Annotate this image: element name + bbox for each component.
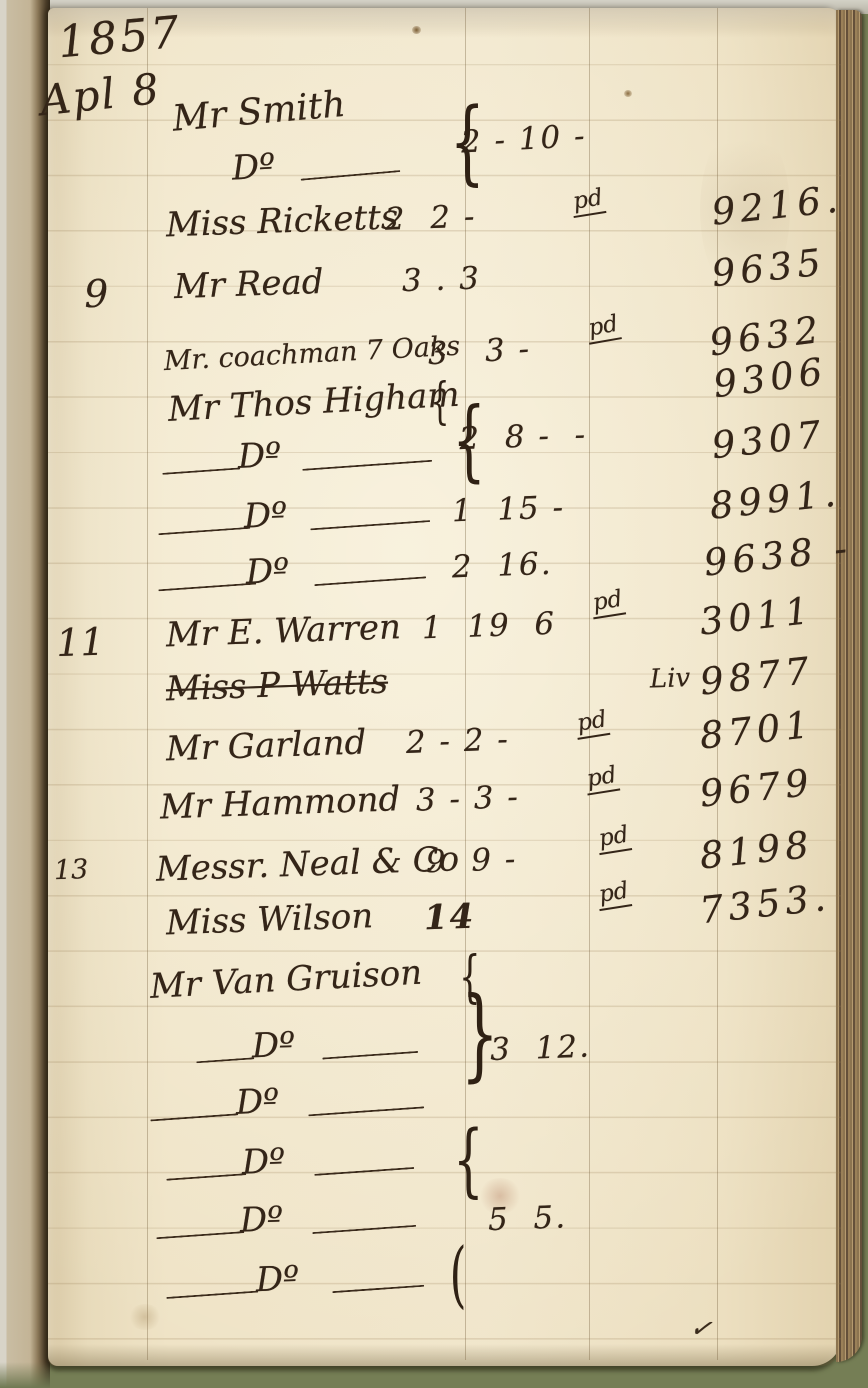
ditto-dash bbox=[302, 460, 432, 471]
paid-mark: pd bbox=[589, 585, 627, 619]
ditto-dash bbox=[162, 467, 240, 474]
ledger-prefix: Liv bbox=[649, 663, 690, 694]
entry-name: Messr. Neal & Co bbox=[155, 839, 460, 890]
entry-amount: 3 12. bbox=[490, 1029, 592, 1068]
bracket-glyph: { bbox=[452, 396, 486, 484]
entry-name: Miss Ricketts bbox=[165, 197, 399, 245]
ditto-dash bbox=[158, 583, 256, 592]
entry-amount: 2 16. bbox=[451, 546, 553, 585]
ledger-number: 8701 bbox=[698, 703, 816, 758]
year-heading: 1857 bbox=[56, 7, 184, 69]
entry-name: Dº bbox=[243, 495, 288, 536]
entry-name: Dº bbox=[251, 1025, 296, 1066]
ditto-dash bbox=[314, 1167, 414, 1176]
entry-name: Miss P Watts bbox=[165, 662, 388, 710]
ditto-dash bbox=[301, 170, 401, 181]
entry-day: 9 bbox=[83, 271, 109, 316]
bracket-glyph: { bbox=[430, 376, 449, 426]
entry-amount: 1 15 - bbox=[451, 489, 565, 529]
entry-name: Mr Garland bbox=[165, 722, 367, 769]
entry-day: 13 bbox=[53, 854, 88, 886]
paid-mark: pd bbox=[569, 184, 607, 218]
entry-name: Mr Read bbox=[173, 262, 324, 307]
entry-name: Dº bbox=[239, 1199, 284, 1240]
ditto-dash bbox=[322, 1051, 418, 1060]
ditto-dash bbox=[308, 1106, 424, 1116]
ditto-dash bbox=[158, 527, 250, 535]
entry-amount: 9 9 - bbox=[425, 841, 518, 880]
ledger-number: 9307 bbox=[710, 412, 828, 467]
ledger-number: 9679 bbox=[698, 761, 816, 816]
ditto-dash bbox=[156, 1231, 244, 1239]
ledger-number: 9638 - bbox=[702, 526, 854, 584]
ditto-dash bbox=[196, 1057, 254, 1063]
ledger-number: 8198 bbox=[698, 823, 816, 878]
ledger-number: 8991. bbox=[708, 471, 843, 527]
paid-mark: pd bbox=[595, 877, 633, 911]
entry-name: Dº bbox=[237, 435, 282, 476]
entry-amount: 5 5. bbox=[487, 1199, 567, 1238]
bracket-glyph: ( bbox=[450, 1238, 467, 1310]
entry-name: Dº bbox=[241, 1141, 286, 1182]
ditto-dash bbox=[150, 1113, 238, 1121]
check-mark: ✓ bbox=[688, 1313, 714, 1346]
entry-amount: 3 - 3 - bbox=[415, 779, 520, 819]
entry-amount: 3 . 3 bbox=[401, 260, 481, 299]
entry-amount: 2 2 - bbox=[384, 199, 477, 238]
ledger-number: 9216. bbox=[710, 177, 845, 233]
paid-mark: pd bbox=[584, 310, 622, 344]
entry-day: 11 bbox=[55, 620, 105, 666]
bracket-glyph: { bbox=[450, 96, 485, 188]
bracket-glyph: { bbox=[453, 1120, 484, 1200]
ledger-number: 9635 bbox=[710, 240, 828, 295]
entry-amount: 1 19 6 bbox=[421, 606, 556, 647]
ditto-dash bbox=[312, 1225, 416, 1234]
ditto-dash bbox=[310, 520, 430, 530]
ledger-number: 9877 bbox=[698, 649, 816, 704]
entry-name: Dº bbox=[235, 1081, 280, 1122]
ditto-dash bbox=[166, 1173, 246, 1181]
bracket-glyph: } bbox=[461, 984, 499, 1084]
paid-mark: pd bbox=[583, 762, 621, 796]
entry-name: Dº bbox=[255, 1259, 300, 1300]
ditto-dash bbox=[332, 1285, 424, 1293]
ledger-number: 3011 bbox=[698, 589, 816, 644]
entry-amount: 3 3 - bbox=[427, 331, 532, 372]
entry-name: Dº bbox=[231, 146, 276, 188]
ledger-number: 7353. bbox=[698, 876, 833, 932]
entry-name: Mr Hammond bbox=[159, 779, 401, 827]
ledger-number: 9306 bbox=[711, 350, 830, 407]
paid-mark: pd bbox=[595, 821, 633, 855]
entry-name: Dº bbox=[245, 551, 290, 592]
ditto-dash bbox=[166, 1291, 258, 1299]
ditto-dash bbox=[314, 576, 426, 586]
entry-name: Miss Wilson bbox=[165, 896, 374, 943]
entry-amount: 2 - 2 - bbox=[405, 721, 510, 761]
entry-amount: 14 bbox=[423, 897, 476, 939]
entry-name: Mr E. Warren bbox=[165, 607, 401, 655]
paid-mark: pd bbox=[573, 706, 611, 740]
